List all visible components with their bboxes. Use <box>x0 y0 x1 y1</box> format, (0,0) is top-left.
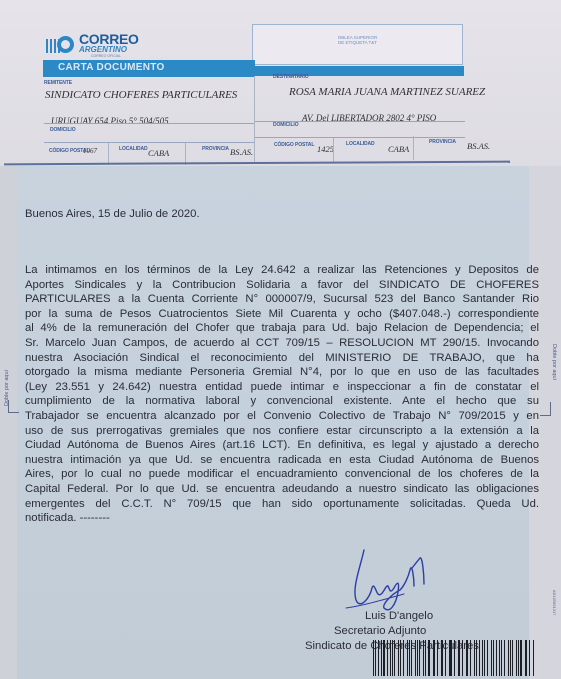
body-line: Trabajador se encuentra alcanzado por el… <box>25 409 539 424</box>
brand-line-3: CORREO OFICIAL <box>91 55 139 59</box>
brand-line-1: CORREO <box>79 32 139 46</box>
form-title: CARTA DOCUMENTO <box>58 62 165 73</box>
destinatario-label: DESTINATARIO <box>273 74 309 80</box>
body-line: PARTICULARES a la Cuenta Corriente N° 00… <box>25 292 539 307</box>
body-line: (Ley 23.551 y 24.642) nuestra entidad pu… <box>25 380 539 395</box>
body-line: emergentes del C.C.T. N° 709/15 que han … <box>25 497 539 512</box>
body-line: al 4% de la remuneración del Chofer que … <box>25 321 539 336</box>
body-line: nuestra intimación ya que Ud. se encuent… <box>25 453 539 468</box>
remitente-provincia-label: PROVINCIA <box>202 146 229 152</box>
body-line: La intimamos en los términos de la Ley 2… <box>25 263 539 278</box>
remitente-cp: 1067 <box>83 147 97 155</box>
body-line: nuestra Asociación Sindical el reconocim… <box>25 351 539 366</box>
remitente-domicilio: URUGUAY 654 Piso 5° 504/505 <box>51 116 169 126</box>
letter-body-text: La intimamos en los términos de la Ley 2… <box>25 263 539 526</box>
body-line: Aportes Sindicales y la Contribucion Sol… <box>25 278 539 293</box>
destinatario-cp-label: CÓDIGO POSTAL <box>274 142 314 148</box>
divider <box>108 143 109 165</box>
destinatario-localidad-label: LOCALIDAD <box>346 141 375 147</box>
remitente-provincia: BS.AS. <box>230 147 253 157</box>
body-line: Sr. Marcelo Juan Campos, de acuerdo al C… <box>25 336 539 351</box>
divider <box>44 123 254 124</box>
body-line: otorgado la misma mediante Personeria Gr… <box>25 365 539 380</box>
body-line: Ciudad Autónoma de Buenos Aires (art.16 … <box>25 438 539 453</box>
barcode <box>373 640 535 676</box>
remitente-domicilio-label: DOMICILIO <box>50 127 76 133</box>
body-line: notificada. -------- <box>25 511 539 526</box>
body-line: cumplimiento de la normativa laboral y c… <box>25 394 539 409</box>
remitente-name: SINDICATO CHOFERES PARTICULARES <box>45 89 237 101</box>
body-line: Capital Federal. Por lo que Ud. se encue… <box>25 482 539 497</box>
divider <box>255 137 465 138</box>
correo-argentino-logo: CORREO ARGENTINO CORREO OFICIAL <box>46 32 139 59</box>
destinatario-name: ROSA MARIA JUANA MARTINEZ SUAREZ <box>289 86 485 98</box>
divider <box>413 136 414 160</box>
destinatario-cp: 1425 <box>317 144 334 154</box>
divider <box>255 121 465 122</box>
destinatario-domicilio-label: DOMICILIO <box>273 122 299 128</box>
destinatario-provincia-label: PROVINCIA <box>429 139 456 145</box>
brand-line-2: ARGENTINO <box>79 46 139 54</box>
fold-mark-right <box>540 402 551 416</box>
fold-mark-left <box>8 400 19 413</box>
remitente-label: REMITENTE <box>44 80 72 86</box>
body-line: uso de sus prerrogativas gremiales que n… <box>25 424 539 439</box>
body-line: Aires, por lo cual no puede modificar el… <box>25 467 539 482</box>
destinatario-provincia: BS.AS. <box>467 141 490 151</box>
divider <box>254 76 255 164</box>
signatory-name: Luis D'angelo <box>365 610 433 622</box>
body-line: por la suma de Pesos Cuatrocientos Siete… <box>25 307 539 322</box>
remitente-localidad-label: LOCALIDAD <box>119 146 148 152</box>
fold-here-label-left: Doble por aquí <box>4 346 10 406</box>
signatory-role: Secretario Adjunto <box>334 625 426 637</box>
serial-number: AD109861317 <box>552 590 556 616</box>
destinatario-localidad: CABA <box>388 144 409 154</box>
correo-logo-icon <box>46 35 76 55</box>
oblea-label-box: OBLEA SUPERIOR DE ETIQUETA T&T <box>252 24 463 65</box>
letter-date: Buenos Aires, 15 de Julio de 2020. <box>25 208 200 220</box>
oblea-line-2: DE ETIQUETA T&T <box>253 40 462 45</box>
divider <box>333 138 334 162</box>
divider <box>44 142 254 143</box>
remitente-localidad: CABA <box>148 148 169 158</box>
page-margin-left <box>0 166 17 679</box>
fold-here-label-right: Doble por aquí <box>551 344 557 404</box>
